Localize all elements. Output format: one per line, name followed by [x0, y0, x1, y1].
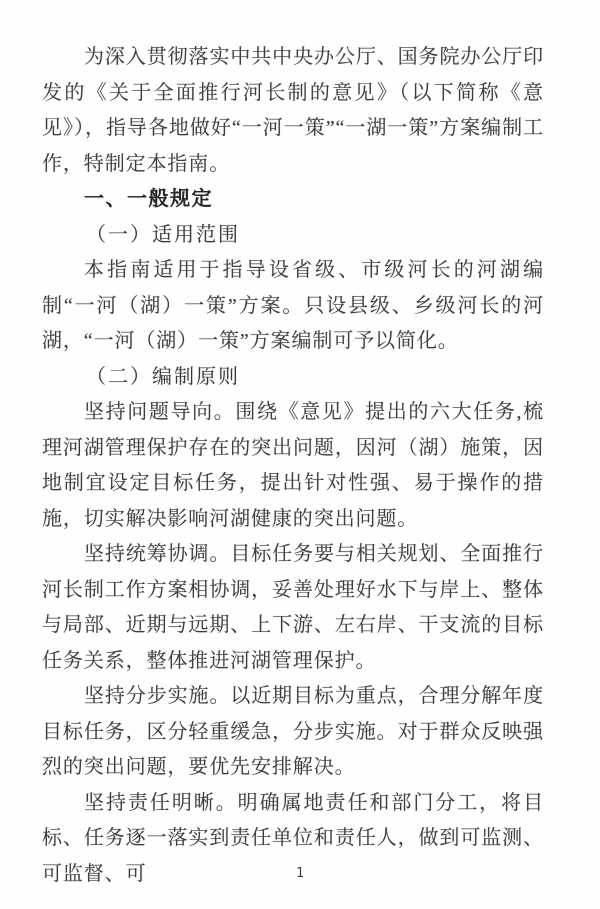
principle-coordination-paragraph: 坚持统筹协调。目标任务要与相关规划、全面推行河长制工作方案相协调，妥善处理好水下…	[42, 537, 544, 679]
intro-paragraph: 为深入贯彻落实中共中央办公厅、国务院办公厅印发的《关于全面推行河长制的意见》（以…	[42, 40, 544, 182]
scope-paragraph: 本指南适用于指导设省级、市级河长的河湖编制“一河（湖）一策”方案。只设县级、乡级…	[42, 253, 544, 360]
subsection-2-heading: （二）编制原则	[42, 360, 544, 396]
page-number: 1	[0, 866, 600, 881]
principle-problem-paragraph: 坚持问题导向。围绕《意见》提出的六大任务,梳理河湖管理保护存在的突出问题，因河（…	[42, 395, 544, 537]
subsection-1-heading: （一）适用范围	[42, 218, 544, 254]
section-1-heading: 一、一般规定	[42, 182, 544, 218]
document-page: 为深入贯彻落实中共中央办公厅、国务院办公厅印发的《关于全面推行河长制的意见》（以…	[0, 0, 600, 909]
principle-stepwise-paragraph: 坚持分步实施。以近期目标为重点，合理分解年度目标任务，区分轻重缓急，分步实施。对…	[42, 679, 544, 786]
